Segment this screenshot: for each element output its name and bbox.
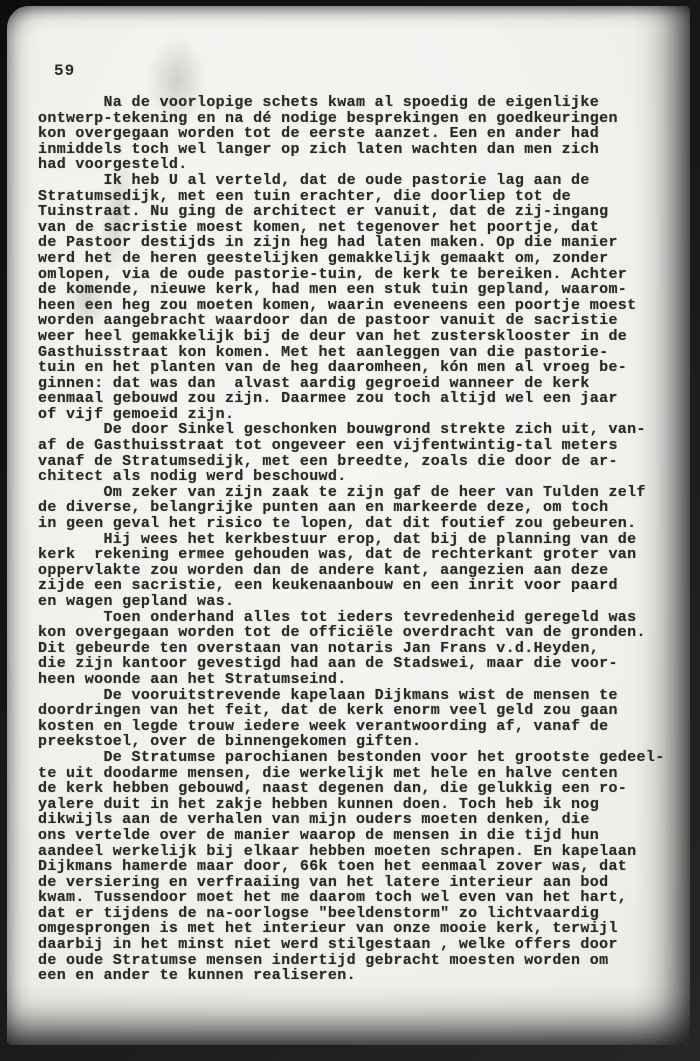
text-line: de versiering en verfraaiing van het lat… (38, 875, 682, 891)
text-line: Tuinstraat. Nu ging de architect er vanu… (38, 204, 682, 220)
text-line: de kerk hebben gebouwd, naast degenen da… (38, 781, 682, 797)
text-line: de Pastoor destijds in zijn heg had late… (38, 235, 682, 251)
text-line: die zijn kantoor gevestigd had aan de St… (38, 656, 682, 672)
text-line: en wagen gepland was. (38, 594, 682, 610)
text-line: kon overgegaan worden tot de eerste aanz… (38, 126, 682, 142)
text-line: daarbij in het minst niet werd stilgesta… (38, 937, 682, 953)
text-line: had voorgesteld. (38, 157, 682, 173)
text-line: Stratumsedijk, met een tuin erachter, di… (38, 189, 682, 205)
text-line: omlopen, via de oude pastorie-tuin, de k… (38, 267, 682, 283)
text-line: kon overgegaan worden tot de officiële o… (38, 625, 682, 641)
body-text: Na de voorlopige schets kwam al spoedig … (38, 95, 682, 984)
text-line: De Stratumse parochianen bestonden voor … (38, 750, 682, 766)
text-line: kosten en legde trouw iedere week verant… (38, 719, 682, 735)
scanned-document: 59 Na de voorlopige schets kwam al spoed… (0, 0, 700, 1061)
text-line: Dijkmans hamerde maar door, 66k toen het… (38, 859, 682, 875)
text-line: af de Gasthuisstraat tot ongeveer een vi… (38, 438, 682, 454)
page-number: 59 (54, 62, 75, 80)
text-line: kwam. Tussendoor moet het me daarom toch… (38, 890, 682, 906)
text-line: Toen onderhand alles tot ieders tevreden… (38, 610, 682, 626)
text-line: Gasthuisstraat kon komen. Met het aanleg… (38, 345, 682, 361)
text-line: chitect als nodig werd beschouwd. (38, 469, 682, 485)
text-line: een en ander te kunnen realiseren. (38, 968, 682, 984)
text-line: vanaf de Stratumsedijk, met een breedte,… (38, 454, 682, 470)
text-line: de diverse, belangrijke punten aan en ma… (38, 500, 682, 516)
text-line: heen woonde aan het Stratumseind. (38, 672, 682, 688)
document-page: 59 Na de voorlopige schets kwam al spoed… (7, 6, 690, 1045)
text-line: eenmaal gebouwd zou zijn. Daarmee zou to… (38, 391, 682, 407)
text-line: Na de voorlopige schets kwam al spoedig … (38, 95, 682, 111)
text-line: zijde een sacristie, een keukenaanbouw e… (38, 578, 682, 594)
text-line: De door Sinkel geschonken bouwgrond stre… (38, 422, 682, 438)
text-line: Hij wees het kerkbestuur erop, dat bij d… (38, 532, 682, 548)
text-line: heen een heg zou moeten komen, waarin ev… (38, 298, 682, 314)
text-line: ginnen: dat was dan alvast aardig gegroe… (38, 376, 682, 392)
text-line: doordringen van het feit, dat de kerk en… (38, 703, 682, 719)
text-line: werd het de heren geestelijken gemakkeli… (38, 251, 682, 267)
text-line: dikwijls aan de verhalen van mijn ouders… (38, 812, 682, 828)
text-line: ons vertelde over de manier waarop de me… (38, 828, 682, 844)
text-line: omgesprongen is met het interieur van on… (38, 921, 682, 937)
text-line: kerk rekening ermee gehouden was, dat de… (38, 547, 682, 563)
text-line: yalere duit in het zakje hebben kunnen d… (38, 797, 682, 813)
text-line: weer heel gemakkelijk bij de deur van he… (38, 329, 682, 345)
text-line: worden aangebracht waardoor dan de pasto… (38, 313, 682, 329)
text-line: aandeel werkelijk bij elkaar hebben moet… (38, 844, 682, 860)
text-line: De vooruitstrevende kapelaan Dijkmans wi… (38, 688, 682, 704)
text-line: preekstoel, over de binnengekomen giften… (38, 734, 682, 750)
text-line: van de sacristie moest komen, net tegeno… (38, 220, 682, 236)
text-line: de komende, nieuwe kerk, had men een stu… (38, 282, 682, 298)
text-line: ontwerp-tekening en na dé nodige besprek… (38, 111, 682, 127)
text-line: tuin en het planten van de heg daaromhee… (38, 360, 682, 376)
text-line: in geen geval het risico te lopen, dat d… (38, 516, 682, 532)
text-line: de oude Stratumse mensen indertijd gebra… (38, 953, 682, 969)
text-line: te uit doodarme mensen, die werkelijk me… (38, 766, 682, 782)
text-line: Ik heb U al verteld, dat de oude pastori… (38, 173, 682, 189)
